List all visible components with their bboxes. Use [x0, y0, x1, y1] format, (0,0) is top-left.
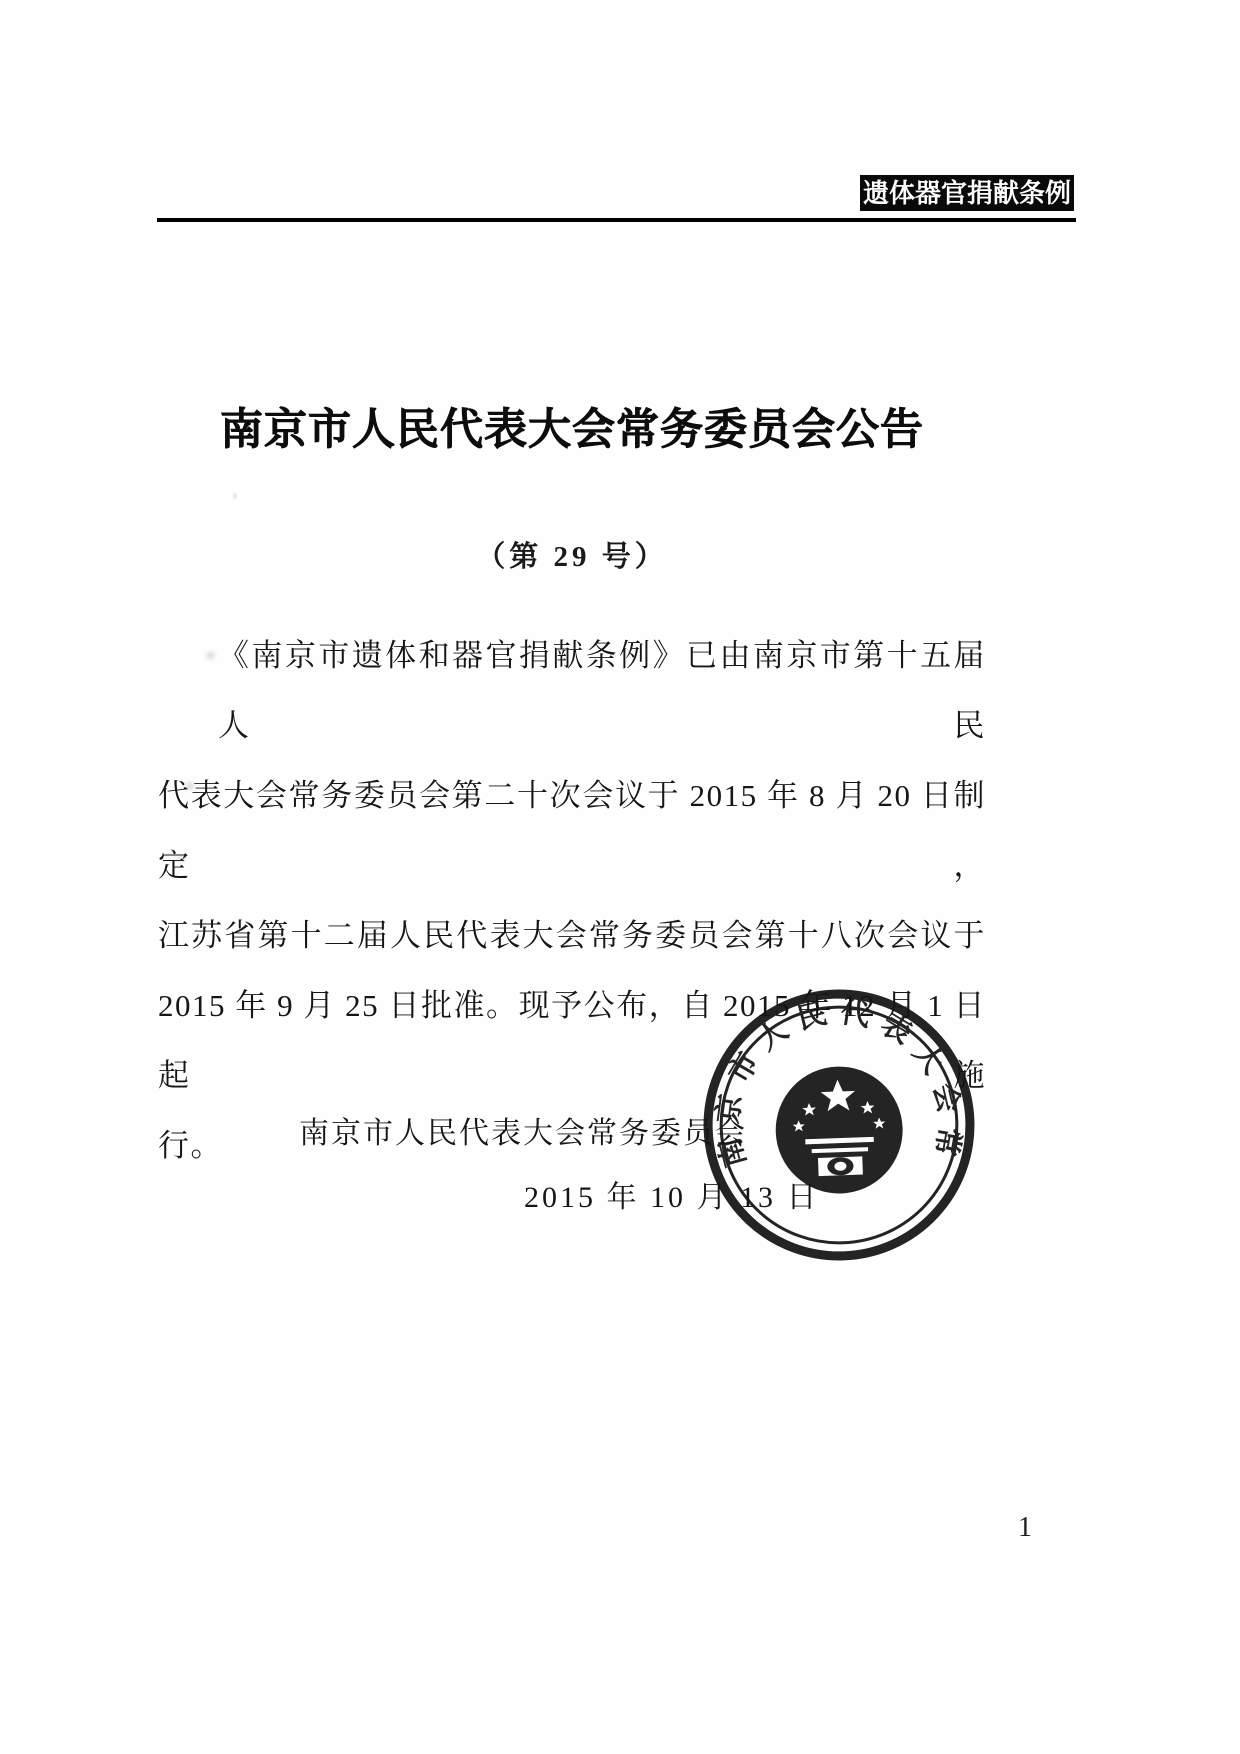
- scan-noise: [176, 856, 186, 862]
- announcement-title: 南京市人民代表大会常务委员会公告: [158, 396, 986, 457]
- official-seal-stamp: 南京市人民代表大会常务委员会: [693, 979, 985, 1271]
- scanned-document-page: 遗体器官捐献条例 南京市人民代表大会常务委员会公告 （第 29 号） 《南京市遗…: [0, 0, 1240, 1754]
- scan-noise: [206, 652, 215, 659]
- seal-national-emblem: [774, 1064, 905, 1195]
- scan-noise: [233, 493, 237, 499]
- body-line: 江苏省第十二届人民代表大会常务委员会第十八次会议于: [158, 901, 986, 971]
- header-rule: [157, 218, 1076, 222]
- issue-number: （第 29 号）: [158, 534, 986, 575]
- signature-org: 南京市人民代表大会常务委员会: [299, 1108, 747, 1152]
- scan-noise: [186, 782, 194, 790]
- header-badge: 遗体器官捐献条例: [860, 175, 1074, 211]
- body-line: 《南京市遗体和器官捐献条例》已由南京市第十五届人民: [158, 621, 986, 761]
- page-number: 1: [1018, 1512, 1032, 1544]
- body-line: 代表大会常务委员会第二十次会议于 2015 年 8 月 20 日制定，: [158, 761, 986, 901]
